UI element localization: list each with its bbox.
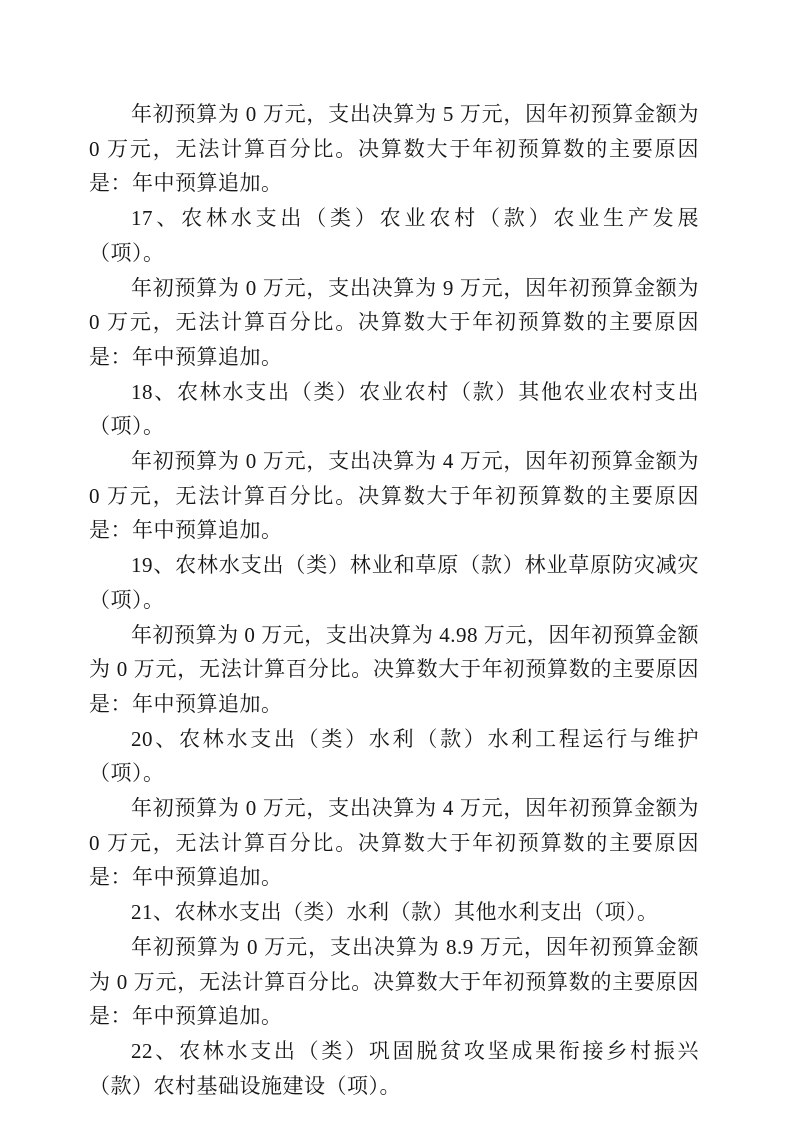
item-20-explanation-paragraph: 年初预算为 0 万元，支出决算为 4 万元，因年初预算金额为 0 万元，无法计算… bbox=[89, 791, 699, 895]
item-17-heading: 17、农林水支出（类）农业农村（款）农业生产发展（项）。 bbox=[89, 201, 699, 270]
document-page: 年初预算为 0 万元，支出决算为 5 万元，因年初预算金额为 0 万元，无法计算… bbox=[0, 0, 793, 1122]
item-19-explanation-paragraph: 年初预算为 0 万元，支出决算为 4.98 万元，因年初预算金额为 0 万元，无… bbox=[89, 618, 699, 722]
item-19-heading: 19、农林水支出（类）林业和草原（款）林业草原防灾减灾（项）。 bbox=[89, 548, 699, 617]
item-20-heading: 20、农林水支出（类）水利（款）水利工程运行与维护（项）。 bbox=[89, 722, 699, 791]
item-17-explanation-paragraph: 年初预算为 0 万元，支出决算为 9 万元，因年初预算金额为 0 万元，无法计算… bbox=[89, 271, 699, 375]
item-22-heading: 22、农林水支出（类）巩固脱贫攻坚成果衔接乡村振兴（款）农村基础设施建设（项）。 bbox=[89, 1034, 699, 1103]
item-16-explanation-paragraph: 年初预算为 0 万元，支出决算为 5 万元，因年初预算金额为 0 万元，无法计算… bbox=[89, 97, 699, 201]
item-21-heading: 21、农林水支出（类）水利（款）其他水利支出（项）。 bbox=[89, 895, 699, 930]
item-18-explanation-paragraph: 年初预算为 0 万元，支出决算为 4 万元，因年初预算金额为 0 万元，无法计算… bbox=[89, 444, 699, 548]
item-18-heading: 18、农林水支出（类）农业农村（款）其他农业农村支出（项）。 bbox=[89, 375, 699, 444]
item-21-explanation-paragraph: 年初预算为 0 万元，支出决算为 8.9 万元，因年初预算金额为 0 万元，无法… bbox=[89, 930, 699, 1034]
document-text-block: 年初预算为 0 万元，支出决算为 5 万元，因年初预算金额为 0 万元，无法计算… bbox=[89, 97, 699, 1103]
